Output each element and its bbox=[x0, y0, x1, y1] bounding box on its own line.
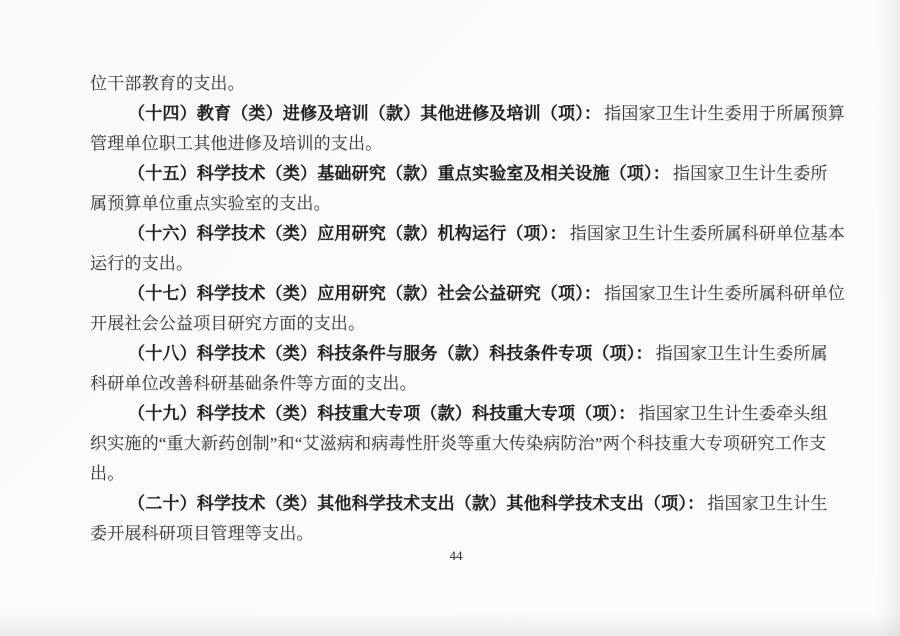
clause-heading: （十七）科学技术（类）应用研究（款）社会公益研究（项）： bbox=[128, 284, 601, 303]
clause-text: 管理单位职工其他进修及培训的支出。 bbox=[90, 134, 382, 153]
clause-text: 指国家卫生计生委用于所属预算 bbox=[604, 104, 845, 123]
text-line: 运行的支出。 bbox=[90, 249, 865, 279]
clause-heading: （十六）科学技术（类）应用研究（款）机构运行（项）： bbox=[128, 224, 567, 243]
text-line: 开展社会公益项目研究方面的支出。 bbox=[90, 309, 865, 339]
clause-text: 科研单位改善科研基础条件等方面的支出。 bbox=[90, 374, 417, 393]
clause-text: 委开展科研项目管理等支出。 bbox=[90, 524, 314, 543]
text-line: 织实施的“重大新药创制”和“艾滋病和病毒性肝炎等重大传染病防治”两个科技重大专项… bbox=[90, 429, 865, 459]
text-line: 科研单位改善科研基础条件等方面的支出。 bbox=[90, 369, 865, 399]
clause-text: 指国家卫生计生委所属科研单位基本 bbox=[570, 224, 845, 243]
clause-text: 运行的支出。 bbox=[90, 254, 193, 273]
clause-heading: （十九）科学技术（类）科技重大专项（款）科技重大专项（项）： bbox=[128, 404, 636, 423]
clause-text: 织实施的“重大新药创制”和“艾滋病和病毒性肝炎等重大传染病防治”两个科技重大专项… bbox=[90, 434, 826, 453]
text-line-clause-16: （十六）科学技术（类）应用研究（款）机构运行（项）：指国家卫生计生委所属科研单位… bbox=[90, 219, 865, 249]
clause-text: 出。 bbox=[90, 464, 124, 483]
clause-text: 指国家卫生计生委所属科研单位 bbox=[604, 284, 845, 303]
document-page: 位干部教育的支出。 （十四）教育（类）进修及培训（款）其他进修及培训（项）：指国… bbox=[0, 0, 900, 636]
text-line-clause-17: （十七）科学技术（类）应用研究（款）社会公益研究（项）：指国家卫生计生委所属科研… bbox=[90, 279, 865, 309]
text-line-clause-18: （十八）科学技术（类）科技条件与服务（款）科技条件专项（项）：指国家卫生计生委所… bbox=[90, 339, 865, 369]
page-number: 44 bbox=[0, 546, 900, 566]
text-line-clause-20: （二十）科学技术（类）其他科学技术支出（款）其他科学技术支出（项）：指国家卫生计… bbox=[90, 489, 865, 519]
text-line: 委开展科研项目管理等支出。 bbox=[90, 519, 865, 549]
clause-text: 指国家卫生计生委所属 bbox=[656, 344, 828, 363]
text-line: 管理单位职工其他进修及培训的支出。 bbox=[90, 129, 865, 159]
clause-text: 指国家卫生计生 bbox=[707, 494, 827, 513]
text-line-clause-15: （十五）科学技术（类）基础研究（款）重点实验室及相关设施（项）：指国家卫生计生委… bbox=[90, 159, 865, 189]
clause-heading: （十四）教育（类）进修及培训（款）其他进修及培训（项）： bbox=[128, 104, 601, 123]
document-text-block: 位干部教育的支出。 （十四）教育（类）进修及培训（款）其他进修及培训（项）：指国… bbox=[90, 69, 865, 549]
clause-text: 指国家卫生计生委牵头组 bbox=[639, 404, 828, 423]
text-line: 出。 bbox=[90, 459, 865, 489]
clause-text: 位干部教育的支出。 bbox=[90, 74, 245, 93]
clause-heading: （二十）科学技术（类）其他科学技术支出（款）其他科学技术支出（项）： bbox=[128, 494, 704, 513]
clause-text: 开展社会公益项目研究方面的支出。 bbox=[90, 314, 365, 333]
text-line: 属预算单位重点实验室的支出。 bbox=[90, 189, 865, 219]
clause-heading: （十八）科学技术（类）科技条件与服务（款）科技条件专项（项）： bbox=[128, 344, 653, 363]
clause-heading: （十五）科学技术（类）基础研究（款）重点实验室及相关设施（项）： bbox=[128, 164, 670, 183]
clause-text: 属预算单位重点实验室的支出。 bbox=[90, 194, 331, 213]
clause-text: 指国家卫生计生委所 bbox=[673, 164, 828, 183]
text-line-continuation: 位干部教育的支出。 bbox=[90, 69, 865, 99]
text-line-clause-19: （十九）科学技术（类）科技重大专项（款）科技重大专项（项）：指国家卫生计生委牵头… bbox=[90, 399, 865, 429]
text-line-clause-14: （十四）教育（类）进修及培训（款）其他进修及培训（项）：指国家卫生计生委用于所属… bbox=[90, 99, 865, 129]
